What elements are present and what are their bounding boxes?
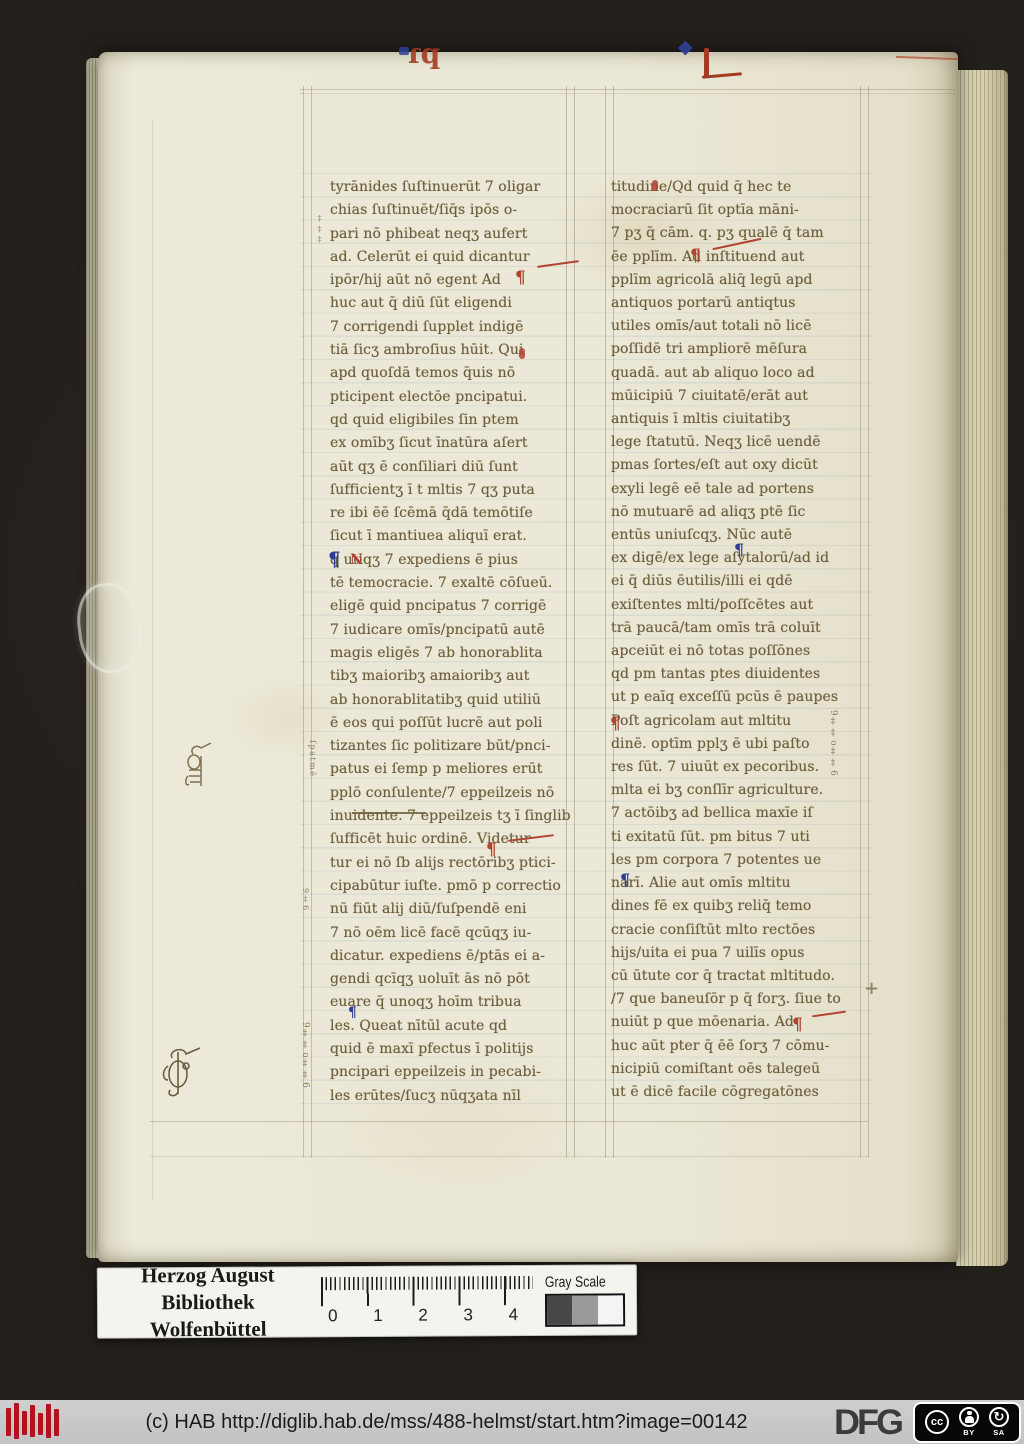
pilcrow-red: ¶ <box>792 1017 803 1034</box>
manuscript-line: gendi qcīqʒ uoluīt ās nō pōt <box>330 968 570 991</box>
manuscript-line: ſufficientʒ ī t mltis 7 qʒ puta <box>330 479 570 502</box>
barcode-bar <box>46 1404 51 1438</box>
ruling-line <box>311 86 312 1158</box>
manuscript-line: pari nō phibeat neqʒ aufert <box>330 223 570 246</box>
manuscript-line: les erūtes/ſucʒ nūqʒata nīl <box>330 1085 570 1108</box>
pilcrow-red: ¶ <box>690 248 701 265</box>
institution-line1: Herzog August Bibliothek <box>97 1261 319 1316</box>
manuscript-line: re ibi ēē ſcēmā q̄dā temōtiſe <box>330 502 570 525</box>
manuscript-line: trā paucā/tam omīs trā coluīt <box>611 617 867 640</box>
gray-scale-patch <box>547 1296 573 1325</box>
manuscript-line: antiquos portarū antiqtus <box>611 292 867 315</box>
manuscript-line: /7 que baneuſōr p q̄ forʒ. ſiue to <box>611 988 867 1011</box>
gray-scale-patch <box>572 1296 598 1325</box>
manuscript-line: dicatur. expediens ē/ptās ei a- <box>330 945 570 968</box>
manuscript-column-left: tyrānides ſuſtinuerūt 7 oligarchias ſuſt… <box>330 176 570 1108</box>
manuscript-line: ti exitatū ſūt. pm bitus 7 uti <box>611 826 867 849</box>
manuscript-line: exyli legē eē tale ad portens <box>611 478 867 501</box>
manuscript-line: lege ſtatutū. Neqʒ licē uendē <box>611 431 867 454</box>
manuscript-line: ut p eaīq exceſſū pcūs ē paupes <box>611 686 867 709</box>
manuscript-line: mocraciarū ſit optīa māni- <box>611 199 867 222</box>
cc-sa-label: SA <box>993 1428 1004 1437</box>
manuscript-line: les. Queat nītūl acute qd <box>330 1015 570 1038</box>
manuscript-line: inuidente. 7 eppeilzeis tʒ ī ſinglib <box>330 805 570 828</box>
barcode-bar <box>6 1408 11 1436</box>
header-fragment-right-letter <box>704 48 709 78</box>
manuscript-line: magis eligēs 7 ab honorablita <box>330 642 570 665</box>
manuscript-line: titudine/Qd quid q̄ hec te <box>611 176 867 199</box>
ruler-number: 1 <box>373 1305 383 1325</box>
barcode-bar <box>30 1405 35 1437</box>
manuscript-line: qd quid eligibiles ſin ptem <box>330 409 570 432</box>
manuscript-line: mlta ei bʒ conſlīr agriculture. <box>611 779 867 802</box>
manuscript-line: ei q̄ diūs ēutilis/illi ei qdē <box>611 570 867 593</box>
manuscript-line: antiquis ī mltis ciuitatibʒ <box>611 408 867 431</box>
manuscript-line: ab honorablitatibʒ quid utiliū <box>330 689 570 712</box>
manuscript-line: ēe pplīm. Ad inſtituend aut <box>611 246 867 269</box>
initial-red-n: N <box>350 553 363 567</box>
dfg-logo: DFG <box>834 1401 901 1442</box>
gray-scale-label: Gray Scale <box>545 1273 617 1290</box>
manuscript-line: cracie conſiſtūt mlto rectōes <box>611 919 867 942</box>
manuscript-line: tur ei nō ſb alijs rectōribʒ ptici- <box>330 852 570 875</box>
barcode-bar <box>22 1411 27 1435</box>
manuscript-line: pplīm agricolā aliq̄ legū apd <box>611 269 867 292</box>
manuscript-line: ē eos qui poſſūt lucrē aut poli <box>330 712 570 735</box>
ruling-line <box>605 86 606 1158</box>
ruler-ticks <box>321 1275 533 1305</box>
consulente-underline <box>352 812 426 814</box>
manuscript-line: patus ei ſemp p meliores erūt <box>330 758 570 781</box>
institution-line2: Wolfenbüttel <box>97 1315 319 1343</box>
pilcrow-red: ¶ <box>610 716 621 733</box>
manuscript-line: exiſtentes mlti/poſſcētes aut <box>611 594 867 617</box>
manuscript-line: mūicipiū 7 ciuitatē/erāt aut <box>611 385 867 408</box>
pilcrow-blue: ¶ <box>620 872 630 888</box>
cc-by-person-icon <box>959 1407 979 1427</box>
header-fragment-left: ɾq <box>408 40 440 68</box>
manuscript-line: tiā ſicʒ ambroſius hūit. Qui <box>330 339 570 362</box>
manuscript-line: chias ſuſtinuēt/ſiq̄s ipōs o- <box>330 199 570 222</box>
margin-chain: 9‡‡o‡‡6 <box>300 1022 309 1089</box>
margin-cross: + <box>864 980 879 998</box>
ruler-number: 3 <box>463 1305 473 1325</box>
cc-by-block: BY <box>959 1407 979 1437</box>
cc-by-label: BY <box>963 1428 974 1437</box>
photo-background: tyrānides ſuſtinuerūt 7 oligarchias ſuſt… <box>0 0 1024 1444</box>
gray-scale-patch <box>598 1295 624 1324</box>
manuscript-line: ſufficēt huic ordinē. Videtur <box>330 828 570 851</box>
manuscript-line: ex omībʒ ſicut īnatūra aſert <box>330 432 570 455</box>
manuscript-line: nū fiūt alij diū/ſuſpendē eni <box>330 898 570 921</box>
ruling-line <box>574 86 575 1158</box>
manuscript-line: 7 nō oēm licē facē qcūqʒ iu- <box>330 922 570 945</box>
manuscript-line: ad. Celerūt ei quid dicantur <box>330 246 570 269</box>
margin-chain: 9‡‡o‡‡6 <box>828 710 837 777</box>
ruling-line <box>300 93 955 94</box>
ruling-line <box>300 89 955 90</box>
footer-bar: (c) HAB http://diglib.hab.de/mss/488-hel… <box>0 1400 1024 1444</box>
manuscript-line: pmas ſortes/eſt aut oxy dicūt <box>611 454 867 477</box>
ruler-number: 2 <box>418 1305 428 1325</box>
pilcrow-blue: ¶ <box>734 542 744 558</box>
manuscript-line: nicipiū comiſtant oēs talegeū <box>611 1058 867 1081</box>
manuscript-line: nō mutuarē ad aliqʒ ptē ſic <box>611 501 867 524</box>
red-touch <box>652 180 658 191</box>
manuscript-line: eligē quid pncipatus 7 corrigē <box>330 595 570 618</box>
manuscript-line: pncipari eppeilzeis in pecabi- <box>330 1061 570 1084</box>
barcode-bar <box>38 1413 43 1435</box>
manuscript-line: huc aut q̄ diū ſūt eligendi <box>330 292 570 315</box>
ruler-number: 4 <box>509 1305 519 1325</box>
library-label-card: Herzog August Bibliothek Wolfenbüttel 01… <box>97 1264 637 1338</box>
manuscript-line: narī. Alie aut omīs mltitu <box>611 872 867 895</box>
manuscript-line: 7 iudicare omīs/pncipatū autē <box>330 619 570 642</box>
margin-chain: ‡‡‡ <box>315 214 323 246</box>
manuscript-line: cipabūtur iuſte. pmō p correctio <box>330 875 570 898</box>
barcode-bar <box>14 1403 19 1439</box>
manuscript-line: 7 actōibʒ ad bellica maxīe iſ <box>611 802 867 825</box>
cc-sa-arrow-icon: ↻ <box>989 1407 1009 1427</box>
manuscript-line: utiles omīs/aut totali nō licē <box>611 315 867 338</box>
manuscript-line: ipōr/hij aūt nō egent Ad <box>330 269 570 292</box>
cc-icon: cc <box>925 1410 949 1434</box>
manuscript-column-right: titudine/Qd quid q̄ hec temocraciarū ſit… <box>611 176 867 1104</box>
manuscript-line: poſſidē tri ampliorē mēſura <box>611 338 867 361</box>
ruling-line <box>150 1121 868 1122</box>
red-touch <box>519 348 525 359</box>
header-fragment-left-blue <box>399 47 409 55</box>
manuscript-line: apceiūt ei nō totas poſſōnes <box>611 640 867 663</box>
margin-doodle-upper <box>181 740 213 796</box>
manuscript-line: quid ē maxī pfectus ī politijs <box>330 1038 570 1061</box>
manuscript-line: ut ē dicē facile cōgregatōnes <box>611 1081 867 1104</box>
pilcrow-red: ¶ <box>486 842 497 859</box>
manuscript-line: apd quoſdā temos q̄uis nō <box>330 362 570 385</box>
cc-license-badge: cc BY ↻ SA <box>913 1402 1021 1443</box>
manuscript-line: q utiqʒ 7 expediens ē pius <box>330 549 570 572</box>
ruler-numbers: 01234 <box>328 1305 518 1326</box>
manuscript-line: pticipent electōe pncipatui. <box>330 386 570 409</box>
manuscript-line: les pm corpora 7 potentes ue <box>611 849 867 872</box>
manuscript-line: dines fē ex quibʒ reliq̄ temo <box>611 895 867 918</box>
pilcrow-blue-initial: ¶ <box>328 549 341 569</box>
manuscript-line: tyrānides ſuſtinuerūt 7 oligar <box>330 176 570 199</box>
gray-scale-patches <box>545 1293 625 1326</box>
margin-doodle-lower <box>158 1040 202 1102</box>
manuscript-line: tizantes ſic politizare būt/pnci- <box>330 735 570 758</box>
ruling-line <box>150 1156 868 1157</box>
manuscript-line: hijs/uita ei pua 7 uilīs opus <box>611 942 867 965</box>
ruler-number: 0 <box>328 1306 338 1326</box>
copyright-text: (c) HAB http://diglib.hab.de/mss/488-hel… <box>59 1411 834 1434</box>
red-barcode-icon <box>6 1401 59 1443</box>
header-fragment-right-diamond: ◆ <box>678 38 693 57</box>
book-fore-edge <box>956 70 1008 1266</box>
manuscript-line: 7 corrigendi ſupplet indigē <box>330 316 570 339</box>
pilcrow-blue: ¶ <box>348 1006 357 1020</box>
manuscript-line: aūt qʒ ē conſiliari diū ſunt <box>330 456 570 479</box>
measurement-ruler: 01234 <box>319 1270 539 1331</box>
ruling-line <box>152 120 153 1200</box>
manuscript-line: cū ūtute cor q̄ tractat mltitudo. <box>611 965 867 988</box>
manuscript-line: euare q̄ unoqʒ hoīm tribua <box>330 991 570 1014</box>
manuscript-line: pplō conſulente/7 eppeilzeis nō <box>330 782 570 805</box>
manuscript-line: huc aūt pter q̄ ēē ſorʒ 7 cōmu- <box>611 1035 867 1058</box>
institution-name: Herzog August Bibliothek Wolfenbüttel <box>97 1261 319 1343</box>
margin-note-vertical: ſpatmē <box>308 740 316 777</box>
manuscript-line: tibʒ maioribʒ amaioribʒ aut <box>330 665 570 688</box>
cc-sa-block: ↻ SA <box>989 1407 1009 1437</box>
margin-chain: 9‡6 <box>301 888 309 912</box>
gray-scale-block: Gray Scale <box>545 1273 633 1327</box>
manuscript-line: qd pm tantas ptes diuidentes <box>611 663 867 686</box>
pilcrow-red: ¶ <box>515 270 526 287</box>
manuscript-line: tē temocracie. 7 exaltē cōſueū. <box>330 572 570 595</box>
manuscript-line: quadā. aut ab aliquo loco ad <box>611 362 867 385</box>
manuscript-line: ſicut ī mantiuea aliquī erat. <box>330 525 570 548</box>
ruling-line <box>303 86 304 1158</box>
